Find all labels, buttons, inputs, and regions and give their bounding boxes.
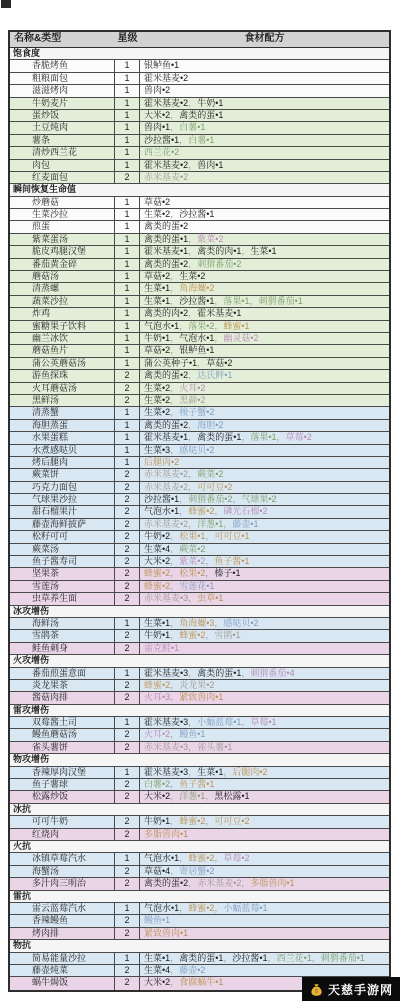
ingredient: 禽类的蛋•2 bbox=[144, 259, 188, 269]
ingredient: 小蝠蓝莓•1 bbox=[197, 717, 241, 727]
star-level: 2 bbox=[115, 383, 140, 394]
ingredients-cell: 生菜•4，蕨菜•2 bbox=[140, 544, 389, 555]
ingredient: 禽类的蛋•1 bbox=[179, 953, 223, 963]
ingredient: 鱼子酱•1 bbox=[214, 556, 249, 566]
ingredient: 赤米基麦•2 bbox=[144, 482, 188, 492]
ingredient-separator: ， bbox=[268, 953, 277, 963]
star-level: 1 bbox=[115, 271, 140, 282]
scan-artifact-mark bbox=[1, 0, 11, 8]
ingredient: 感哒贝•2 bbox=[179, 445, 214, 455]
ingredients-cell: 蒲公英种子•1，草菇•2 bbox=[140, 358, 389, 369]
recipe-row: 海鲜汤1生菜•1，角海螺•3，感哒贝•2 bbox=[10, 618, 389, 630]
dish-name: 炒蘑菇 bbox=[10, 197, 115, 208]
star-level: 2 bbox=[115, 977, 140, 989]
ingredient: 落果•2 bbox=[188, 321, 214, 331]
dish-name: 游鱼探珠 bbox=[10, 370, 115, 381]
star-level: 1 bbox=[115, 98, 140, 109]
recipe-row: 生菜沙拉1生菜•2，沙拉酱•1 bbox=[10, 209, 389, 221]
ingredient-separator: ， bbox=[188, 259, 197, 269]
ingredient: 赤米基麦•2 bbox=[144, 519, 188, 529]
ingredient: 草莓•2 bbox=[286, 432, 312, 442]
ingredient: 紫菜•2 bbox=[179, 556, 205, 566]
ingredient: 幽灵菇•2 bbox=[223, 333, 258, 343]
ingredient-separator: ， bbox=[170, 729, 179, 739]
recipe-row: 蘑菇鱼片1草菇•2，银鲈鱼•1 bbox=[10, 345, 389, 357]
ingredient: 生菜•1 bbox=[197, 767, 223, 777]
ingredient: 虫草•1 bbox=[197, 593, 223, 603]
ingredient-separator: ， bbox=[170, 866, 179, 876]
ingredient-separator: ， bbox=[188, 370, 197, 380]
star-level: 1 bbox=[115, 333, 140, 344]
dish-name: 煎蛋 bbox=[10, 221, 115, 232]
recipe-row: 炸鸡1禽类的肉•2，霍米基麦•1 bbox=[10, 308, 389, 320]
star-level: 2 bbox=[115, 469, 140, 480]
star-level: 1 bbox=[115, 358, 140, 369]
recipe-row: 水果蛋糕1霍米基麦•1，禽类的蛋•1，落果•1，草莓•2 bbox=[10, 432, 389, 444]
ingredient: 火耳•3 bbox=[144, 692, 170, 702]
dish-name: 松露炒饭 bbox=[10, 791, 115, 802]
ingredient: 紧致兽肉•1 bbox=[179, 692, 223, 702]
dish-name: 甜石榴果汁 bbox=[10, 506, 115, 517]
star-level: 2 bbox=[115, 506, 140, 517]
ingredient-separator: ， bbox=[170, 283, 179, 293]
ingredient-separator: ， bbox=[179, 135, 188, 145]
ingredient-separator: ， bbox=[188, 482, 197, 492]
ingredient: 落果•1 bbox=[250, 432, 276, 442]
star-level: 1 bbox=[115, 85, 140, 96]
dish-name: 香脆烤鱼 bbox=[10, 60, 115, 71]
ingredients-cell: 鳗鱼•1 bbox=[140, 915, 389, 926]
ingredients-cell: 白薯•2，鱼子酱•1 bbox=[140, 779, 389, 790]
ingredient: 西兰花•1 bbox=[277, 953, 312, 963]
dish-name: 牛奶麦片 bbox=[10, 98, 115, 109]
recipe-row: 鳗鱼蘑菇汤2火耳•2，鳗鱼•1 bbox=[10, 729, 389, 741]
ingredient-separator: ， bbox=[170, 209, 179, 219]
ingredient: 角海螺•2 bbox=[179, 283, 214, 293]
recipe-table: 名称&类型 星级 食材配方 饱食度香脆烤鱼1银鲈鱼•1粗粮面包1霍米基麦•2滋滋… bbox=[8, 30, 391, 992]
ingredient-separator: ， bbox=[170, 271, 179, 281]
recipe-row: 雀头薯饼2赤米基麦•3，雀头薯•1 bbox=[10, 742, 389, 754]
dish-name: 可可牛奶 bbox=[10, 816, 115, 827]
ingredient: 雀头薯•1 bbox=[197, 742, 232, 752]
ingredients-cell: 禽类的蛋•2，赤米基麦•2，多脂兽肉•1 bbox=[140, 878, 389, 889]
star-level: 2 bbox=[115, 928, 140, 939]
recipe-row: 蘑菇汤1草菇•2，生菜•2 bbox=[10, 271, 389, 283]
ingredients-cell: 草菇•2，银鲈鱼•1 bbox=[140, 345, 389, 356]
recipe-row: 松露炒饭2大米•2，洋葱•1，黑松露•1 bbox=[10, 791, 389, 803]
star-level: 1 bbox=[115, 60, 140, 71]
star-level: 1 bbox=[115, 903, 140, 914]
ingredient: 可可豆•2 bbox=[214, 816, 249, 826]
recipe-row: 清蒸蟹1生菜•2，梭子蟹•2 bbox=[10, 407, 389, 419]
ingredient-separator: ， bbox=[188, 519, 197, 529]
ingredient-separator: ， bbox=[170, 816, 179, 826]
ingredient: 生菜•1 bbox=[144, 618, 170, 628]
dish-name: 蛋炒饭 bbox=[10, 110, 115, 121]
ingredient-separator: ， bbox=[179, 494, 188, 504]
star-level: 1 bbox=[115, 407, 140, 418]
ingredient: 禽类的蛋•1 bbox=[179, 110, 223, 120]
recipe-row: 甜石榴果汁2气泡水•1，蜂蜜•2，磷光石榴•2 bbox=[10, 506, 389, 518]
ingredients-cell: 生菜•1，禽类的蛋•1，沙拉酱•1，西兰花•1，刺猬番茄•1 bbox=[140, 953, 389, 964]
recipe-row: 黑鲜汤2生菜•2，黑藓•2 bbox=[10, 395, 389, 407]
star-level: 2 bbox=[115, 568, 140, 579]
dish-name: 蕨菜汤 bbox=[10, 544, 115, 555]
star-level: 2 bbox=[115, 482, 140, 493]
ingredient-separator: ， bbox=[188, 593, 197, 603]
dish-name: 坚果茶 bbox=[10, 568, 115, 579]
star-level: 1 bbox=[115, 197, 140, 208]
ingredient-separator: ， bbox=[170, 531, 179, 541]
recipe-row: 酱菇肉排2火耳•3，紧致兽肉•1 bbox=[10, 692, 389, 704]
ingredient-separator: ， bbox=[170, 333, 179, 343]
ingredient: 生菜•2 bbox=[179, 271, 205, 281]
dish-name: 紫菜蛋汤 bbox=[10, 234, 115, 245]
star-level: 1 bbox=[115, 122, 140, 133]
dish-name: 藤壶海鲜披萨 bbox=[10, 519, 115, 530]
ingredient: 蜂蜜•2 bbox=[144, 680, 170, 690]
ingredient-separator: ， bbox=[170, 296, 179, 306]
star-level: 1 bbox=[115, 767, 140, 778]
ingredient-separator: ， bbox=[170, 791, 179, 801]
recipe-row: 蒲公英蘑菇汤1蒲公英种子•1，草菇•2 bbox=[10, 358, 389, 370]
dish-name: 香辣鳗鱼 bbox=[10, 915, 115, 926]
ingredients-cell: 霍米基麦•2 bbox=[140, 73, 389, 84]
ingredient: 气泡水•1 bbox=[144, 853, 179, 863]
ingredient: 梭子蟹•2 bbox=[179, 407, 214, 417]
ingredients-cell: 兽肉•2 bbox=[140, 85, 389, 96]
ingredient-separator: ， bbox=[170, 779, 179, 789]
ingredients-cell: 生菜•1，角海螺•2 bbox=[140, 283, 389, 294]
ingredient: 感哒贝•2 bbox=[223, 618, 258, 628]
ingredients-cell: 银鲈鱼•1 bbox=[140, 60, 389, 71]
ingredient: 刺猬番茄•4 bbox=[250, 668, 294, 678]
star-level: 2 bbox=[115, 544, 140, 555]
ingredient: 霍米基麦•2 bbox=[144, 98, 188, 108]
ingredient: 小蝠蓝莓•1 bbox=[223, 903, 267, 913]
ingredient: 牛奶•1 bbox=[197, 98, 223, 108]
ingredient-separator: ， bbox=[188, 308, 197, 318]
ingredient-separator: ， bbox=[188, 717, 197, 727]
dish-name: 鲑鱼刺身 bbox=[10, 643, 115, 654]
star-level: 2 bbox=[115, 531, 140, 542]
star-level: 2 bbox=[115, 172, 140, 183]
ingredient: 霍米基麦•2 bbox=[144, 160, 188, 170]
ingredients-cell: 气泡水•1，蜂蜜•2，草莓•2 bbox=[140, 853, 389, 864]
ingredient: 蕨菜•2 bbox=[179, 544, 205, 554]
star-level: 2 bbox=[115, 915, 140, 926]
ingredient: 寄居蟹•2 bbox=[179, 866, 214, 876]
ingredient: 生菜•1 bbox=[144, 296, 170, 306]
ingredient: 生菜•2 bbox=[144, 383, 170, 393]
recipe-row: 清蒸螺1生菜•1，角海螺•2 bbox=[10, 283, 389, 295]
ingredient: 蜂蜜•2 bbox=[144, 568, 170, 578]
star-level: 1 bbox=[115, 296, 140, 307]
dish-name: 清蒸蟹 bbox=[10, 407, 115, 418]
ingredient: 禽类的肉•2 bbox=[144, 308, 188, 318]
recipe-row: 炎龙果茶2蜂蜜•2，炎龙果•2 bbox=[10, 680, 389, 692]
ingredient: 草菇•2 bbox=[144, 345, 170, 355]
star-level: 2 bbox=[115, 643, 140, 654]
recipe-row: 蜜糖果子饮料1气泡水•1，落果•2，蜂蜜•1 bbox=[10, 321, 389, 333]
ingredient: 西兰花•2 bbox=[144, 147, 179, 157]
ingredients-cell: 霍米基麦•3，小蝠蓝莓•1，草莓•1 bbox=[140, 717, 389, 728]
ingredient: 霍米基麦•1 bbox=[144, 246, 188, 256]
star-level: 2 bbox=[115, 878, 140, 889]
dish-name: 红烧肉 bbox=[10, 829, 115, 840]
ingredients-cell: 草菇•2 bbox=[140, 197, 389, 208]
ingredient: 气球果•2 bbox=[241, 494, 276, 504]
recipe-row: 蕨菜饼2赤米基麦•2，蕨菜•2 bbox=[10, 469, 389, 481]
ingredient-separator: ， bbox=[170, 581, 179, 591]
recipe-row: 多汁肉三明治2禽类的蛋•2，赤米基麦•2，多脂兽肉•1 bbox=[10, 878, 389, 890]
dish-name: 简易能量沙拉 bbox=[10, 953, 115, 964]
ingredient: 白薯•2 bbox=[144, 779, 170, 789]
ingredient-separator: ， bbox=[250, 296, 259, 306]
section-header: 瞬间恢复生命值 bbox=[10, 184, 389, 196]
ingredient-separator: ， bbox=[312, 953, 321, 963]
ingredient-separator: ， bbox=[170, 680, 179, 690]
ingredient: 沙拉酱•1 bbox=[232, 953, 267, 963]
ingredient: 霍米基麦•2 bbox=[144, 73, 188, 83]
star-level: 2 bbox=[115, 779, 140, 790]
star-level: 2 bbox=[115, 556, 140, 567]
ingredient: 雪莲花•1 bbox=[179, 581, 214, 591]
ingredient: 刺猬番茄•1 bbox=[321, 953, 365, 963]
star-level: 1 bbox=[115, 259, 140, 270]
ingredient: 刺猬番茄•1 bbox=[259, 296, 303, 306]
ingredient: 生菜•3 bbox=[144, 445, 170, 455]
star-level: 1 bbox=[115, 345, 140, 356]
star-level: 2 bbox=[115, 742, 140, 753]
recipe-row: 蛋炒饭1大米•2，禽类的蛋•1 bbox=[10, 110, 389, 122]
ingredient: 磷光石榴•2 bbox=[223, 506, 267, 516]
ingredient: 霍米基麦•3 bbox=[144, 717, 188, 727]
ingredient: 蜂蜜•2 bbox=[179, 816, 205, 826]
ingredient-separator: ， bbox=[179, 321, 188, 331]
section-header: 物抗 bbox=[10, 940, 389, 952]
dish-name: 鱼子薯球 bbox=[10, 779, 115, 790]
recipe-row: 水煮感哒贝1生菜•3，感哒贝•2 bbox=[10, 445, 389, 457]
table-body: 饱食度香脆烤鱼1银鲈鱼•1粗粮面包1霍米基麦•2滋滋烤肉1兽肉•2牛奶麦片1霍米… bbox=[10, 48, 389, 990]
recipe-row: 雷云蓝莓汽水1气泡水•1，蜂蜜•2，小蝠蓝莓•1 bbox=[10, 903, 389, 915]
ingredient-separator: ， bbox=[188, 432, 197, 442]
ingredients-cell: 禽类的蛋•1，紫菜•2 bbox=[140, 234, 389, 245]
ingredient-separator: ， bbox=[188, 234, 197, 244]
recipe-row: 煎蛋1禽类的蛋•2 bbox=[10, 221, 389, 233]
recipe-row: 脆皮鸡腿汉堡1霍米基麦•1，禽类的肉•1，生菜•1 bbox=[10, 246, 389, 258]
ingredient: 霍米基麦•3 bbox=[144, 767, 188, 777]
recipe-row: 鱼子酱寿司2大米•2，紫菜•2，鱼子酱•1 bbox=[10, 556, 389, 568]
ingredient: 赤米基麦•3 bbox=[144, 593, 188, 603]
ingredient: 霍米基麦•3 bbox=[144, 668, 188, 678]
ingredients-cell: 后腿肉•2 bbox=[140, 457, 389, 468]
ingredient: 白薯•1 bbox=[188, 135, 214, 145]
recipe-row: 番茄煎蛋意面1霍米基麦•3，禽类的蛋•1，刺猬番茄•4 bbox=[10, 668, 389, 680]
ingredients-cell: 禽类的肉•2，霍米基麦•1 bbox=[140, 308, 389, 319]
recipe-row: 简易能量沙拉1生菜•1，禽类的蛋•1，沙拉酱•1，西兰花•1，刺猬番茄•1 bbox=[10, 953, 389, 965]
ingredient: 沙拉酱•1 bbox=[144, 135, 179, 145]
ingredient: 生菜•1 bbox=[144, 953, 170, 963]
ingredient: 洋葱•1 bbox=[197, 519, 223, 529]
ingredient-separator: ， bbox=[170, 345, 179, 355]
dish-name: 土豆炖肉 bbox=[10, 122, 115, 133]
ingredient: 蕨菜•2 bbox=[197, 469, 223, 479]
ingredients-cell: 兽肉•1，白薯•1 bbox=[140, 122, 389, 133]
ingredient: 沙拉酱•1 bbox=[144, 494, 179, 504]
recipe-row: 游鱼探珠2禽类的蛋•2，达氏鲆•1 bbox=[10, 370, 389, 382]
section-header: 冰攻增伤 bbox=[10, 606, 389, 618]
ingredient: 草莓•2 bbox=[223, 853, 249, 863]
recipe-row: 烤后腿肉1后腿肉•2 bbox=[10, 457, 389, 469]
ingredient-separator: ， bbox=[170, 977, 179, 987]
ingredients-cell: 草菇•4，寄居蟹•2 bbox=[140, 866, 389, 877]
ingredients-cell: 生菜•3，感哒贝•2 bbox=[140, 445, 389, 456]
section-header: 饱食度 bbox=[10, 48, 389, 60]
dish-name: 蕨菜饼 bbox=[10, 469, 115, 480]
star-level: 2 bbox=[115, 866, 140, 877]
dish-name: 多汁肉三明治 bbox=[10, 878, 115, 889]
star-level: 2 bbox=[115, 729, 140, 740]
ingredients-cell: 赤米基麦•2，可可豆•2 bbox=[140, 482, 389, 493]
dish-name: 水果蛋糕 bbox=[10, 432, 115, 443]
dish-name: 清炒西兰花 bbox=[10, 147, 115, 158]
ingredient: 气泡水•1 bbox=[179, 333, 214, 343]
ingredient: 松果•2 bbox=[179, 568, 205, 578]
recipe-row: 清炒西兰花1西兰花•2 bbox=[10, 147, 389, 159]
ingredients-cell: 生菜•2，黑藓•2 bbox=[140, 395, 389, 406]
ingredient: 紫菜•2 bbox=[197, 234, 223, 244]
ingredient: 草菇•2 bbox=[144, 271, 170, 281]
ingredient: 可可豆•2 bbox=[197, 482, 232, 492]
ingredient: 大米•2 bbox=[144, 110, 170, 120]
star-level: 1 bbox=[115, 73, 140, 84]
ingredient: 生菜•2 bbox=[144, 407, 170, 417]
dish-name: 蒲公英蘑菇汤 bbox=[10, 358, 115, 369]
ingredients-cell: 蜂蜜•2，雪莲花•1 bbox=[140, 581, 389, 592]
ingredient-separator: ， bbox=[170, 953, 179, 963]
ingredient: 后腿肉•2 bbox=[232, 767, 267, 777]
recipe-row: 红烧肉2多脂兽肉•1 bbox=[10, 829, 389, 841]
ingredient-separator: ， bbox=[188, 878, 197, 888]
dish-name: 清蒸螺 bbox=[10, 283, 115, 294]
star-level: 2 bbox=[115, 519, 140, 530]
ingredient: 气泡水•1 bbox=[144, 903, 179, 913]
dish-name: 雪鹃茶 bbox=[10, 630, 115, 641]
ingredients-cell: 生菜•2，梭子蟹•2 bbox=[140, 407, 389, 418]
recipe-row: 牛奶麦片1霍米基麦•2，牛奶•1 bbox=[10, 98, 389, 110]
dish-name: 粗粮面包 bbox=[10, 73, 115, 84]
dish-name: 双莓酱土司 bbox=[10, 717, 115, 728]
ingredient: 达氏鲆•1 bbox=[197, 370, 232, 380]
ingredient: 雪鹃•1 bbox=[214, 630, 240, 640]
ingredient-separator: ， bbox=[170, 407, 179, 417]
ingredients-cell: 草菇•2，生菜•2 bbox=[140, 271, 389, 282]
recipe-row: 冰镇草莓汽水1气泡水•1，蜂蜜•2，草莓•2 bbox=[10, 853, 389, 865]
dish-name: 番茄黄金碎 bbox=[10, 259, 115, 270]
section-header: 雷抗 bbox=[10, 891, 389, 903]
ingredients-cell: 赤米基麦•3，虫草•1 bbox=[140, 593, 389, 604]
header-name-type: 名称&类型 bbox=[10, 32, 115, 47]
ingredients-cell: 火耳•2，鳗鱼•1 bbox=[140, 729, 389, 740]
ingredient: 禽类的蛋•2 bbox=[144, 370, 188, 380]
ingredients-cell: 牛奶•1，气泡水•1，幽灵菇•2 bbox=[140, 333, 389, 344]
ingredient: 多脂兽肉•1 bbox=[250, 878, 294, 888]
ingredient: 刺猬番茄•2 bbox=[188, 494, 232, 504]
ingredient: 赤米基麦•3 bbox=[144, 742, 188, 752]
star-level: 2 bbox=[115, 680, 140, 691]
ingredient: 兽肉•1 bbox=[144, 122, 170, 132]
dish-name: 蘑菇鱼片 bbox=[10, 345, 115, 356]
star-level: 1 bbox=[115, 234, 140, 245]
ingredient: 白薯•1 bbox=[179, 122, 205, 132]
dish-name: 酱菇肉排 bbox=[10, 692, 115, 703]
ingredients-cell: 大米•2，禽类的蛋•1 bbox=[140, 110, 389, 121]
ingredients-cell: 大米•2，紫菜•2，鱼子酱•1 bbox=[140, 556, 389, 567]
dish-name: 香辣厚肉汉堡 bbox=[10, 767, 115, 778]
ingredient: 草莓•1 bbox=[250, 717, 276, 727]
ingredients-cell: 霍米基麦•3，禽类的蛋•1，刺猬番茄•4 bbox=[140, 668, 389, 679]
ingredients-cell: 多脂兽肉•1 bbox=[140, 829, 389, 840]
ingredient: 牛奶•1 bbox=[144, 630, 170, 640]
ingredient: 蜂蜜•2 bbox=[144, 581, 170, 591]
recipe-row: 蔬菜沙拉1生菜•1，沙拉酱•1，落果•1，刺猬番茄•1 bbox=[10, 296, 389, 308]
recipe-row: 可可牛奶2牛奶•1，蜂蜜•2，可可豆•2 bbox=[10, 816, 389, 828]
recipe-row: 海胆蒸蛋1禽类的蛋•2，海胆•2 bbox=[10, 420, 389, 432]
recipe-row: 紫菜蛋汤1禽类的蛋•1，紫菜•2 bbox=[10, 234, 389, 246]
ingredient: 藤壶•1 bbox=[232, 519, 258, 529]
ingredients-cell: 霍米基麦•2，牛奶•1 bbox=[140, 98, 389, 109]
dish-name: 水煮感哒贝 bbox=[10, 445, 115, 456]
ingredients-cell: 牛奶•2，松果•1，可可豆•1 bbox=[140, 531, 389, 542]
ingredient-separator: ， bbox=[188, 420, 197, 430]
ingredient: 气泡水•1 bbox=[144, 506, 179, 516]
ingredients-cell: 霍米基麦•2，兽肉•1 bbox=[140, 160, 389, 171]
ingredients-cell: 禽类的蛋•2 bbox=[140, 221, 389, 232]
star-level: 1 bbox=[115, 717, 140, 728]
recipe-row: 蕨菜汤2生菜•4，蕨菜•2 bbox=[10, 544, 389, 556]
ingredient-separator: ， bbox=[170, 395, 179, 405]
dish-name: 藤壶炖菜 bbox=[10, 965, 115, 976]
ingredient-separator: ， bbox=[188, 742, 197, 752]
dish-name: 虫草养生面 bbox=[10, 593, 115, 604]
ingredient: 蜂蜜•2 bbox=[188, 853, 214, 863]
recipe-row: 香辣厚肉汉堡1霍米基麦•3，生菜•1，后腿肉•2 bbox=[10, 767, 389, 779]
money-bag-icon bbox=[309, 982, 324, 997]
dish-name: 炎龙果茶 bbox=[10, 680, 115, 691]
ingredient: 赤米基麦•2 bbox=[197, 878, 241, 888]
ingredient: 禽类的蛋•2 bbox=[144, 420, 188, 430]
ingredients-cell: 赤米基麦•2，蕨菜•2 bbox=[140, 469, 389, 480]
dish-name: 海鲜汤 bbox=[10, 618, 115, 629]
ingredient: 大米•2 bbox=[144, 977, 170, 987]
section-header: 物攻增伤 bbox=[10, 754, 389, 766]
star-level: 2 bbox=[115, 494, 140, 505]
star-level: 1 bbox=[115, 160, 140, 171]
star-level: 1 bbox=[115, 135, 140, 146]
star-level: 2 bbox=[115, 829, 140, 840]
star-level: 1 bbox=[115, 246, 140, 257]
dish-name: 炸鸡 bbox=[10, 308, 115, 319]
recipe-row: 烤肉排2紧致兽肉•1 bbox=[10, 928, 389, 940]
ingredient-separator: ， bbox=[170, 568, 179, 578]
ingredient-separator: ， bbox=[179, 903, 188, 913]
ingredient: 牛奶•2 bbox=[144, 531, 170, 541]
ingredients-cell: 生菜•2，沙拉酱•1 bbox=[140, 209, 389, 220]
star-level: 1 bbox=[115, 668, 140, 679]
recipe-row: 火耳蘑菇汤2生菜•2，火耳•2 bbox=[10, 383, 389, 395]
ingredient: 牛奶•1 bbox=[144, 333, 170, 343]
